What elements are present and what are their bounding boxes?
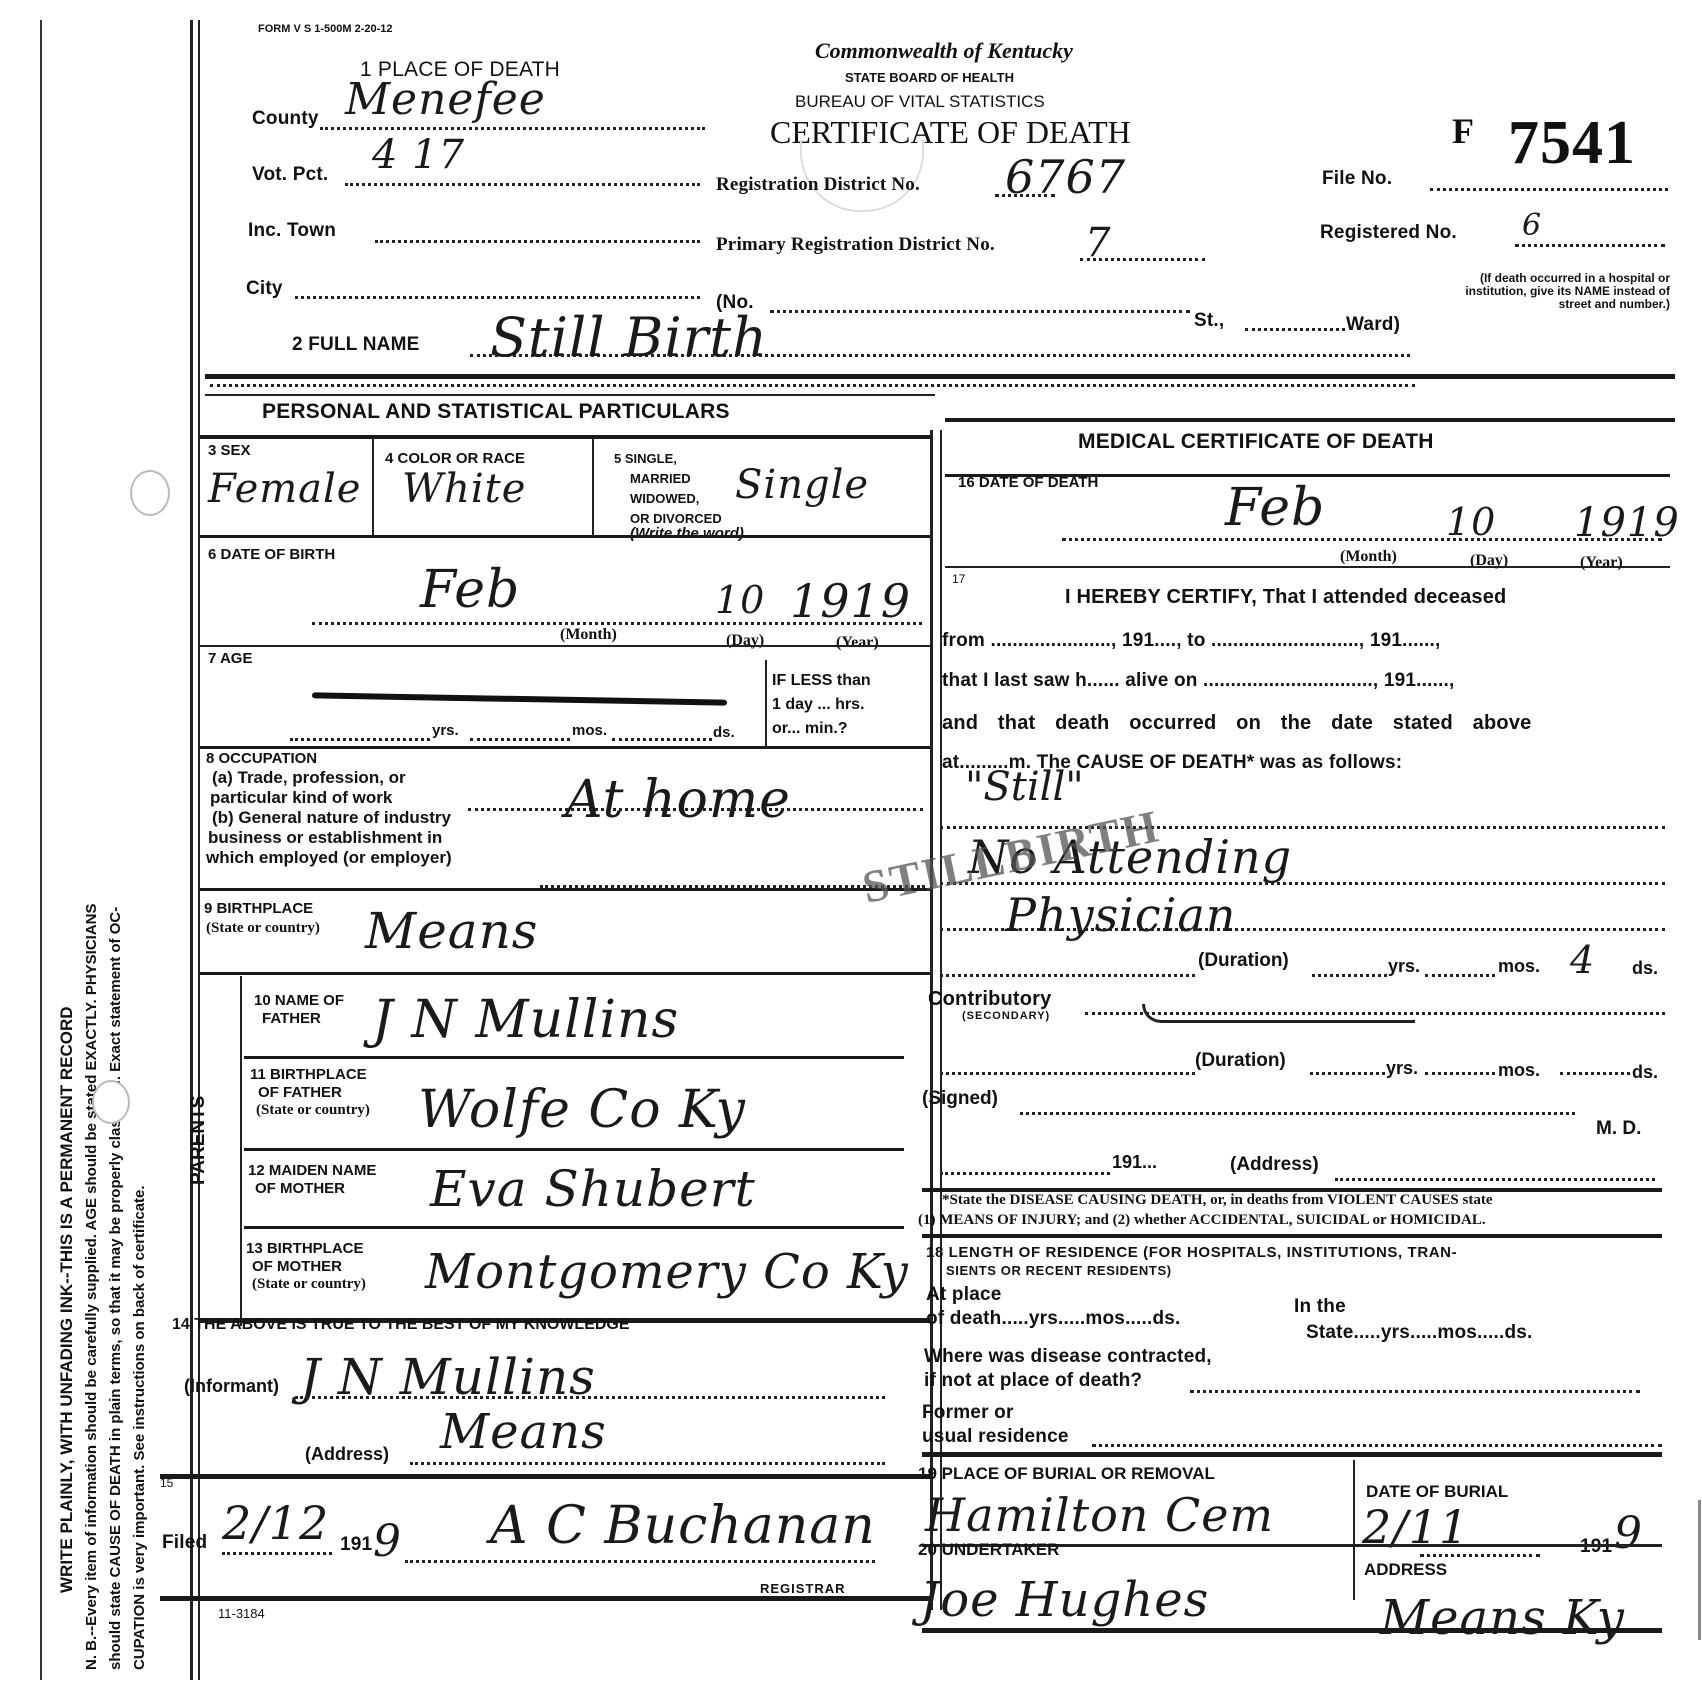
dod-year-caption: (Year) [1580, 554, 1623, 572]
race-value: White [402, 466, 526, 512]
duration-mos-line [1425, 974, 1495, 977]
informant-address-line [410, 1462, 885, 1465]
hospital-note: (If death occurred in a hospital or inst… [1455, 272, 1670, 311]
row-divider-mother-name [244, 1148, 904, 1151]
row-divider-occ [200, 746, 930, 749]
father-bp-label-1: 11 BIRTHPLACE [250, 1066, 367, 1083]
bottom-rule [160, 1596, 930, 1601]
sig-year: 191... [1112, 1152, 1157, 1173]
duration-line [940, 974, 1195, 977]
dod-line [1062, 538, 1662, 541]
burial-date-line [1420, 1554, 1540, 1557]
primary-reg-value: 7 [1085, 220, 1111, 266]
former-line [1092, 1444, 1662, 1447]
full-name-line-2 [210, 384, 1415, 387]
file-number: 7541 [1508, 108, 1636, 179]
filed-year-suffix: 9 [373, 1516, 402, 1567]
dob-day: 10 [715, 578, 765, 622]
city-line [295, 296, 700, 299]
sig-date-line [940, 1172, 1110, 1175]
contributory-stroke [1142, 1004, 1415, 1023]
birthplace-sublabel: (State or country) [206, 920, 320, 937]
father-name-value: J N Mullins [372, 990, 679, 1050]
age-label: 7 AGE [208, 650, 252, 667]
last-saw-line: that I last saw h...... alive on .......… [942, 670, 1455, 692]
occupation-b1: (b) General nature of industry [212, 808, 451, 828]
form-left-border-inner [198, 20, 200, 1680]
contributory-sublabel: (SECONDARY) [962, 1010, 1050, 1022]
informant-heading: 14 THE ABOVE IS TRUE TO THE BEST OF MY K… [172, 1316, 630, 1334]
father-name-label-1: 10 NAME OF [254, 992, 344, 1009]
father-bp-value: Wolfe Co Ky [418, 1080, 746, 1140]
margin-instruction-4: CUPATION is very important. See instruct… [132, 640, 148, 1670]
mother-bp-label-3: (State or country) [252, 1276, 366, 1293]
dod-label: 16 DATE OF DEATH [958, 474, 1098, 491]
less-than-3: or... min.? [772, 720, 848, 738]
undertaker-value: Joe Hughes [920, 1572, 1209, 1628]
inc-town-label: Inc. Town [248, 220, 336, 242]
registrar-line [405, 1560, 875, 1563]
birthplace-label: 9 BIRTHPLACE [204, 900, 313, 917]
ward-label: Ward) [1346, 314, 1400, 336]
mother-bp-label-1: 13 BIRTHPLACE [246, 1240, 364, 1257]
burial-year-suffix: 9 [1614, 1508, 1643, 1559]
duration2-mos-line [1425, 1072, 1495, 1075]
burial-year-prefix: 191 [1580, 1536, 1612, 1558]
father-bp-label-3: (State or country) [256, 1102, 370, 1119]
row-divider-birthplace [200, 888, 930, 891]
at-place-2: of death.....yrs.....mos.....ds. [926, 1308, 1181, 1330]
row-divider-filed [160, 1474, 930, 1479]
marital-value: Single [735, 462, 869, 508]
burial-place-value: Hamilton Cem [925, 1488, 1274, 1542]
punch-hole-bottom [92, 1080, 130, 1124]
cause-line-2 [940, 882, 1665, 885]
row-divider-17 [945, 566, 1670, 568]
registrar-label: REGISTRAR [760, 1582, 846, 1596]
certify-text: I HEREBY CERTIFY, That I attended deceas… [1065, 586, 1506, 609]
county-value: Menefee [345, 74, 546, 125]
margin-instruction-3: should state CAUSE OF DEATH in plain ter… [108, 60, 124, 1670]
duration2-ds-line [1560, 1072, 1630, 1075]
file-no-label: File No. [1322, 168, 1392, 190]
filed-date: 2/12 [222, 1496, 329, 1550]
age-dash-stroke [312, 692, 727, 705]
registered-no-line [1515, 244, 1665, 247]
section-divider-2 [205, 394, 935, 396]
burial-top-rule [922, 1452, 1662, 1457]
duration-ds: ds. [1632, 958, 1658, 979]
sex-label: 3 SEX [208, 442, 251, 459]
cause-line-3 [940, 928, 1665, 931]
dob-label: 6 DATE OF BIRTH [208, 546, 335, 563]
filed-label: Filed [162, 1532, 207, 1554]
row-divider-father-bp [244, 1056, 904, 1059]
occupation-value: At home [565, 770, 791, 830]
duration-label: (Duration) [1198, 950, 1289, 972]
file-no-line [1430, 188, 1668, 191]
footnote-bottom-rule [922, 1234, 1662, 1238]
less-than-1: IF LESS than [772, 672, 871, 690]
form-code: FORM V S 1-500M 2-20-12 [258, 22, 393, 36]
parents-divider [240, 976, 242, 1326]
age-yrs-line [290, 738, 430, 741]
occupation-b3: which employed (or employer) [206, 848, 452, 868]
duration2-line [940, 1072, 1195, 1075]
occurred-line: and that death occurred on the date stat… [942, 712, 1531, 735]
ward-line [1245, 328, 1345, 331]
row-divider-mother-bp [244, 1226, 904, 1229]
duration2-yrs-line [1310, 1072, 1385, 1075]
full-name-value: Still Birth [490, 306, 768, 369]
md-label: M. D. [1596, 1118, 1641, 1140]
sex-value: Female [208, 466, 361, 512]
file-prefix: F [1452, 110, 1474, 152]
age-less-divider [765, 660, 767, 748]
right-edge [1698, 1500, 1701, 1640]
father-name-label-2: FATHER [262, 1010, 321, 1027]
registered-no-value: 6 [1522, 208, 1541, 243]
cause-value-1: "Still" [965, 764, 1084, 810]
occupation-label: 8 OCCUPATION [206, 750, 317, 767]
dob-month: Feb [420, 560, 520, 620]
attended-from-line: from ......................, 191...., to… [942, 630, 1441, 652]
in-state-1: In the [1294, 1296, 1346, 1318]
informant-address-label: (Address) [305, 1444, 389, 1465]
contracted-line [1190, 1390, 1640, 1393]
margin-instruction-2: N. B.--Every item of information should … [84, 60, 100, 1670]
marital-label-1: 5 SINGLE, [614, 452, 677, 466]
contracted-1: Where was disease contracted, [924, 1346, 1212, 1368]
duration-yrs: yrs. [1388, 956, 1420, 977]
print-code: 11-3184 [218, 1606, 265, 1621]
row-divider-dob [200, 535, 930, 538]
mother-name-label-1: 12 MAIDEN NAME [248, 1162, 376, 1179]
marital-label-5: (Write the word) [630, 525, 744, 542]
filed-date-line [222, 1552, 332, 1555]
medical-top-divider [945, 418, 1675, 422]
signed-line [1020, 1112, 1575, 1115]
signed-label: (Signed) [922, 1088, 998, 1110]
contributory-label: Contributory [928, 988, 1052, 1011]
footnote-2: (1) MEANS OF INJURY; and (2) whether ACC… [918, 1212, 1486, 1229]
margin-border-line [40, 20, 42, 1680]
state-board: STATE BOARD OF HEALTH [845, 70, 1014, 85]
dob-year: 1919 [790, 574, 911, 628]
former-1: Former or [922, 1402, 1014, 1424]
primary-reg-label: Primary Registration District No. [716, 234, 995, 256]
full-name-label: 2 FULL NAME [292, 334, 419, 356]
row-divider-parents [200, 972, 930, 975]
age-mos-label: mos. [572, 722, 607, 739]
residence-heading-2: SIENTS OR RECENT RESIDENTS) [946, 1264, 1172, 1278]
dob-year-caption: (Year) [836, 634, 879, 652]
dob-month-caption: (Month) [560, 626, 617, 644]
race-label: 4 COLOR OR RACE [385, 450, 525, 467]
personal-heading: PERSONAL AND STATISTICAL PARTICULARS [262, 400, 730, 424]
reg-district-value: 6767 [1005, 150, 1126, 204]
dod-month: Feb [1225, 478, 1325, 538]
burial-place-label: 19 PLACE OF BURIAL OR REMOVAL [918, 1464, 1215, 1484]
former-2: usual residence [922, 1426, 1069, 1448]
margin-instruction-1: WRITE PLAINLY, WITH UNFADING INK--THIS I… [58, 920, 76, 1680]
father-bp-label-2: OF FATHER [258, 1084, 342, 1101]
informant-address-value: Means [440, 1404, 607, 1460]
duration-yrs-line [1312, 974, 1387, 977]
duration2-yrs: yrs. [1386, 1058, 1418, 1079]
marital-label-4: OR DIVORCED [630, 512, 722, 526]
parents-label: PARENTS [188, 1060, 210, 1220]
burial-date-label: DATE OF BURIAL [1366, 1482, 1508, 1502]
residence-heading-1: 18 LENGTH OF RESIDENCE (FOR HOSPITALS, I… [926, 1246, 1457, 1260]
sex-race-divider [372, 438, 374, 538]
mother-bp-label-2: OF MOTHER [252, 1258, 342, 1275]
mother-name-label-2: OF MOTHER [255, 1180, 345, 1197]
informant-label: (Informant) [184, 1376, 279, 1397]
registrar-signature: A C Buchanan [490, 1496, 876, 1556]
sig-address-line [1335, 1178, 1655, 1181]
footnote-1: *State the DISEASE CAUSING DEATH, or, in… [942, 1192, 1493, 1209]
duration2-label: (Duration) [1195, 1050, 1286, 1072]
race-marital-divider [592, 438, 594, 538]
marital-label-3: WIDOWED, [630, 492, 699, 506]
dod-month-caption: (Month) [1340, 548, 1397, 566]
age-ds-label: ds. [713, 724, 735, 741]
undertaker-address-label: ADDRESS [1364, 1560, 1447, 1580]
less-than-2: 1 day ... hrs. [772, 696, 864, 714]
filed-year-prefix: 191 [340, 1534, 372, 1556]
form-left-border [190, 20, 193, 1680]
row-divider-age [200, 645, 930, 647]
contracted-2: if not at place of death? [924, 1370, 1142, 1392]
mother-name-value: Eva Shubert [430, 1160, 756, 1218]
final-bottom-rule [922, 1628, 1662, 1633]
duration-mos: mos. [1498, 956, 1540, 977]
dob-line [312, 622, 922, 625]
cause-value-3: Physician [1005, 888, 1236, 942]
duration2-ds: ds. [1632, 1062, 1658, 1083]
mother-bp-value: Montgomery Co Ky [425, 1244, 909, 1300]
duration-ds-value: 4 [1570, 938, 1594, 982]
punch-hole-top [130, 470, 170, 516]
age-yrs-label: yrs. [432, 722, 459, 739]
vot-pct-label: Vot. Pct. [252, 164, 328, 186]
county-label: County [252, 108, 319, 130]
medical-heading: MEDICAL CERTIFICATE OF DEATH [1078, 430, 1434, 454]
inc-town-line [375, 240, 700, 243]
marital-label-2: MARRIED [630, 472, 691, 486]
section-divider [205, 374, 1675, 379]
commonwealth-title: Commonwealth of Kentucky [815, 38, 1073, 64]
sig-address-label: (Address) [1230, 1154, 1319, 1176]
occupation-a1: (a) Trade, profession, or [212, 768, 406, 788]
bureau: BUREAU OF VITAL STATISTICS [795, 92, 1045, 112]
undertaker-address-value: Means Ky [1380, 1590, 1625, 1646]
street-no-line [770, 310, 1190, 313]
duration2-mos: mos. [1498, 1060, 1540, 1081]
street-label: St., [1194, 310, 1224, 332]
reg-district-label: Registration District No. [716, 174, 920, 196]
filed-number: 15 [160, 1476, 173, 1490]
dob-day-caption: (Day) [726, 632, 764, 650]
personal-heading-rule [200, 435, 930, 439]
occupation-b2: business or establishment in [208, 828, 442, 848]
burial-divider [1353, 1460, 1355, 1600]
age-mos-line [470, 738, 570, 741]
cert-number-17: 17 [952, 572, 965, 586]
occupation-a2: particular kind of work [210, 788, 392, 808]
city-label: City [246, 278, 283, 300]
vot-pct-line [345, 183, 700, 186]
at-place-1: At place [926, 1284, 1002, 1306]
in-state-2: State.....yrs.....mos.....ds. [1306, 1322, 1533, 1344]
registered-no-label: Registered No. [1320, 222, 1457, 244]
county-line [320, 127, 705, 130]
birthplace-value: Means [365, 902, 538, 960]
vot-pct-value: 4 17 [372, 132, 465, 178]
age-ds-line [612, 738, 712, 741]
informant-line [295, 1396, 885, 1399]
undertaker-label: 20 UNDERTAKER [918, 1540, 1059, 1560]
